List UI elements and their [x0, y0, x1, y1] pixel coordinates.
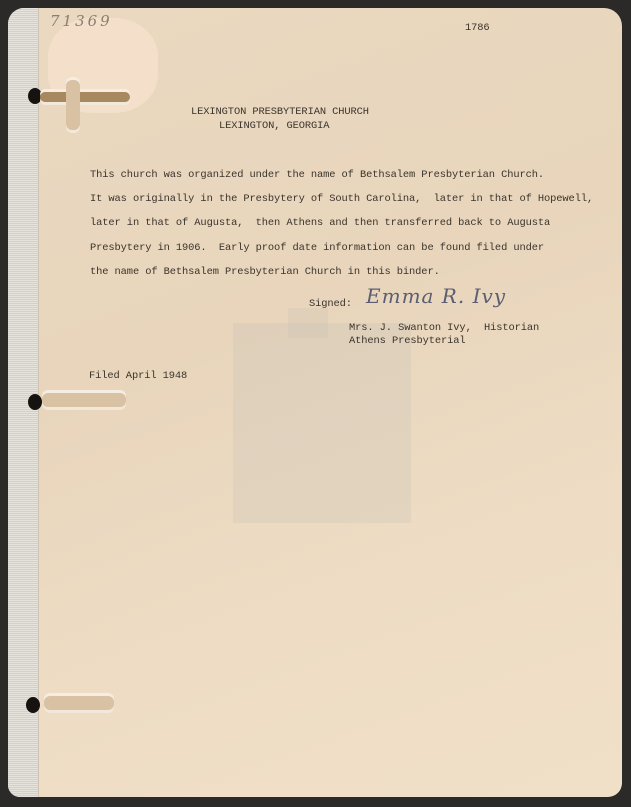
heading-church-name: LEXINGTON PRESBYTERIAN CHURCH: [191, 106, 369, 118]
body-line: later in that of Augusta, then Athens an…: [90, 211, 593, 235]
tear-middle: [42, 393, 126, 407]
heading-location: LEXINGTON, GEORGIA: [219, 120, 329, 132]
signer-organization: Athens Presbyterial: [349, 335, 466, 347]
body-line: It was originally in the Presbytery of S…: [90, 187, 593, 211]
body-line: Presbytery in 1906. Early proof date inf…: [90, 236, 593, 260]
page-number: 1786: [465, 22, 490, 34]
binder-hole-middle: [28, 394, 42, 410]
filed-date: Filed April 1948: [89, 370, 187, 382]
body-line: This church was organized under the name…: [90, 163, 593, 187]
tear-top: [40, 92, 130, 102]
handwritten-catalog-number: 71369: [50, 12, 113, 30]
handwritten-signature: Emma R. Ivy: [366, 284, 506, 308]
body-line: the name of Bethsalem Presbyterian Churc…: [90, 260, 593, 284]
document-page: 71369 1786 LEXINGTON PRESBYTERIAN CHURCH…: [8, 8, 622, 797]
bleed-through-image: [233, 323, 411, 523]
binder-hole-bottom: [26, 697, 40, 713]
body-paragraph: This church was organized under the name…: [90, 163, 593, 284]
signed-label: Signed:: [309, 298, 352, 310]
tear-bottom: [44, 696, 114, 710]
signer-name: Mrs. J. Swanton Ivy, Historian: [349, 322, 539, 334]
tear-top-vertical: [66, 80, 80, 130]
